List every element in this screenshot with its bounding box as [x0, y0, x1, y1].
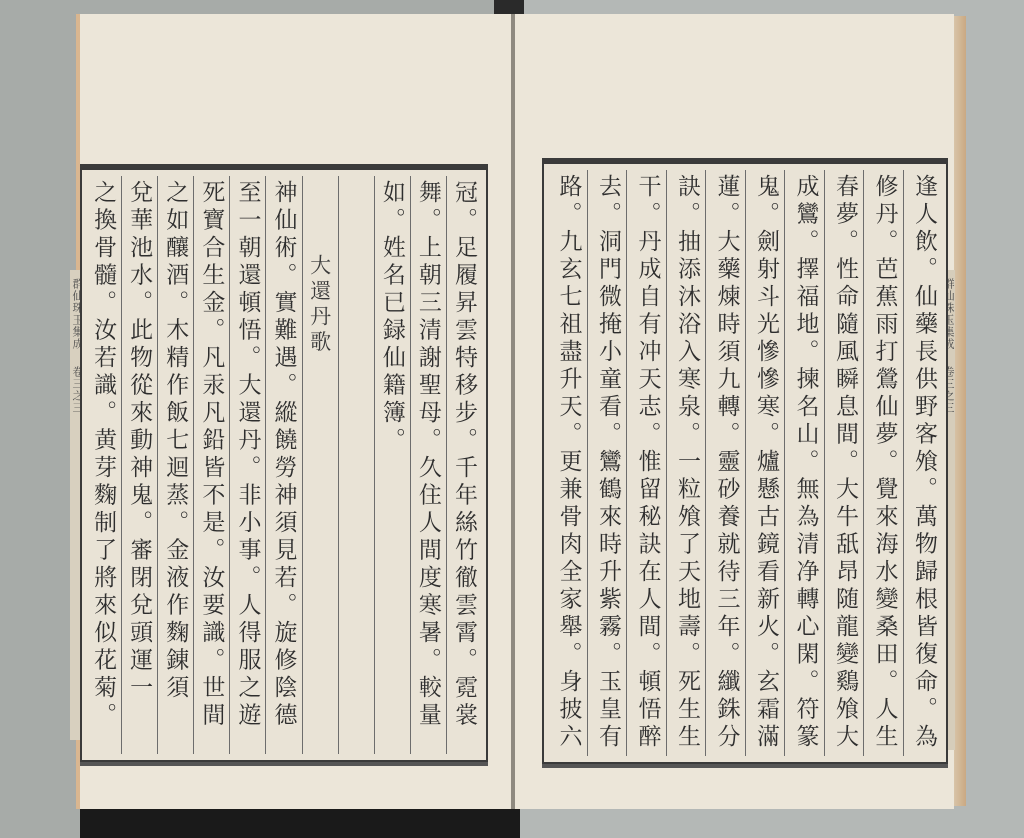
text-column: 蓮。大藥煉時須九轉。靈砂養就待三年。纖銖分兩神仙: [705, 170, 745, 756]
text-column: 舞。上朝三清謝聖母。久住人間度寒暑。較量功行果何: [410, 176, 446, 754]
text-column: 春夢。性命隨風瞬息間。大牛舐昂随龍變鷄飧大藥化: [824, 170, 864, 756]
text-column: 鬼。劍射斗光慘慘寒。爐懸古鏡看新火。玄霜滿鼎化紅: [745, 170, 785, 756]
text-column: 之換骨髓。汝若識。黄芽麴制了將來似花菊。時人不識: [86, 176, 121, 754]
text-column: 之如釀酒。木精作飯七迴蒸。金液作麴錬須久。西方土: [157, 176, 193, 754]
text-column: 修丹。芭蕉雨打鶯仙夢。覺來海水變桑田。人生幻化如: [863, 170, 903, 756]
text-column: 訣。抽添沐浴入寒泉。一粒飧了天地壽。死生生死不相: [666, 170, 706, 756]
poem-title-column: 大還丹歌 呂真君: [302, 176, 338, 754]
book-gutter: [511, 14, 515, 809]
text-column: 如。姓名已録仙籍簿。: [374, 176, 410, 754]
text-column: 神仙術。實難遇。縱饒勞神須見若。旋修陰德旋尋經功: [265, 176, 301, 754]
text-column: 逢人飲。仙藥長供野客飧。萬物歸根皆復命。為人學道不: [903, 170, 943, 756]
blank-column: [338, 176, 374, 754]
text-column: 成鸞。擇福地。揀名山。無為清净轉心閑。符篆玉簡搜神: [784, 170, 824, 756]
right-text-block: 逢人飲。仙藥長供野客飧。萬物歸根皆復命。為人學道不 修丹。芭蕉雨打鶯仙夢。覺來海…: [542, 162, 948, 764]
text-column: 去。洞門微掩小童看。鸞鶴來時升紫霧。玉皇有勅登仙: [587, 170, 627, 756]
book-shadow: [80, 806, 520, 838]
text-column: 干。丹成自有冲天志。惟留秘訣在人間。頓悟醉思仙島: [626, 170, 666, 756]
text-column: 冠。足履昇雲特移步。千年絲竹徹雲霄。霓裳曲遍鸞鶴: [446, 176, 482, 754]
left-text-block: 冠。足履昇雲特移步。千年絲竹徹雲霄。霓裳曲遍鸞鶴 舞。上朝三清謝聖母。久住人間度…: [80, 168, 488, 762]
poem-title: 大還丹歌: [302, 254, 338, 754]
text-column: 死寶合生金。凡汞凡鉛皆不是。汝要識。世間有。子細思: [193, 176, 229, 754]
text-column: 兌華池水。此物從來動神鬼。審閉兌頭運一周。人得服: [121, 176, 157, 754]
text-column: 路。九玄七祖盡升天。更兼骨肉全家舉。身披六銖頂簪: [548, 170, 587, 756]
text-column: 至一朝還頓悟。大還丹。非小事。人得服之遊天地。莫將: [229, 176, 265, 754]
